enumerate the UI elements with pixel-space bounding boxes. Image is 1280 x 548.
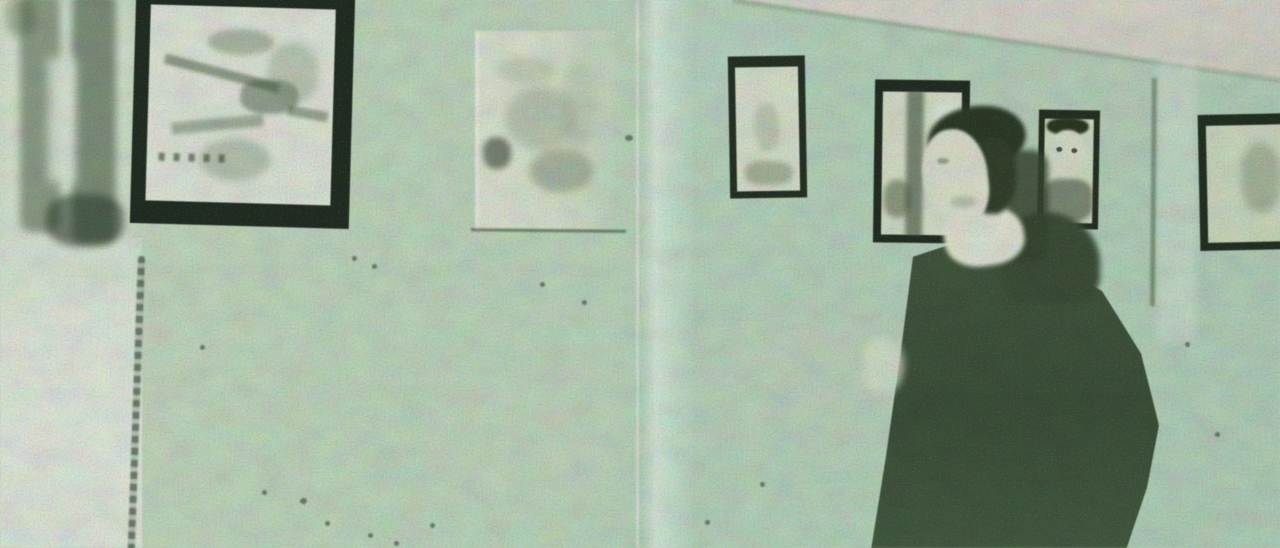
portrait-face [1050, 130, 1086, 177]
photo-speck [430, 523, 435, 528]
sculpture-left-highlight [48, 58, 76, 182]
photo-speck [200, 345, 205, 350]
figure-study-figure [905, 90, 924, 238]
panel-seam-center [641, 0, 693, 548]
sculpture-left-base [46, 194, 124, 246]
small-frame-smudge [745, 161, 793, 186]
photo-speck [368, 533, 373, 538]
sketch-stroke [287, 106, 328, 123]
photo-speck [262, 490, 267, 495]
wall-tint-patch [430, 380, 630, 500]
panel-seam-center-highlight [636, 0, 639, 548]
photo-speck [325, 521, 330, 526]
viewer-brow-shadow [937, 158, 949, 164]
frame-right-cropped [1198, 113, 1280, 251]
photo-speck [705, 520, 710, 525]
artwork-dark-blob [483, 137, 511, 169]
photo-speck [540, 282, 545, 287]
figure-study-smudge [883, 179, 912, 217]
sketch-smudge [266, 42, 320, 105]
photo-speck [760, 482, 765, 487]
artwork-unframed-edge [475, 31, 479, 230]
artwork-smudge [561, 59, 597, 149]
frame-large-sketch [130, 0, 355, 229]
photo-scene [0, 0, 1280, 548]
photo-speck [1215, 432, 1220, 437]
viewer-jaw-shadow [950, 196, 976, 208]
frame-small-portrait [728, 55, 807, 198]
white-panel-left [0, 238, 142, 548]
photo-speck [582, 300, 587, 305]
photo-speck [1185, 342, 1190, 347]
artwork-smudge [529, 149, 593, 193]
photo-speck [372, 264, 377, 269]
photo-speck [300, 498, 307, 504]
photo-speck [352, 256, 357, 261]
portrait-eye [1056, 147, 1062, 152]
photo-speck [394, 541, 399, 546]
gallery-photo [0, 0, 1280, 548]
portrait-eye [1071, 148, 1077, 153]
artwork-unframed [477, 31, 615, 230]
small-frame-smudge [754, 103, 781, 151]
sketch-dots [159, 153, 233, 163]
viewer-hand [862, 336, 904, 394]
artwork-smudge [495, 57, 557, 83]
photo-speck [625, 135, 633, 141]
sketch-stroke [171, 114, 264, 135]
cropped-frame-smudge [1240, 142, 1280, 213]
panel-seam-right-highlight [1158, 58, 1196, 342]
sketch-smudge [208, 28, 275, 56]
